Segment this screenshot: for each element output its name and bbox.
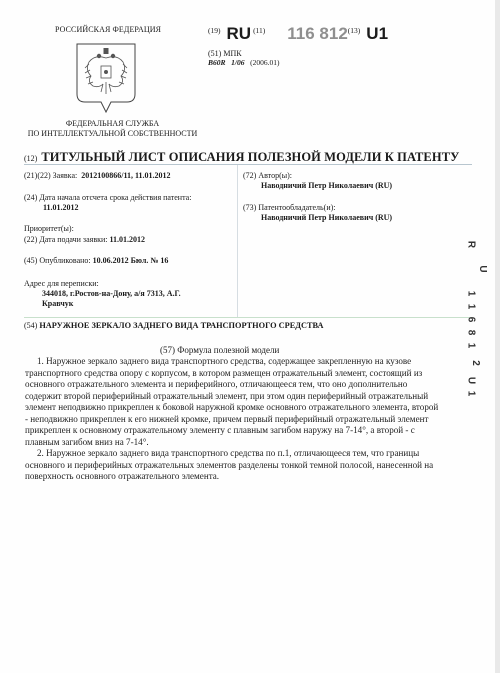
- authors-label: (72) Автор(ы):: [243, 171, 292, 180]
- agency-line-1: ФЕДЕРАЛЬНАЯ СЛУЖБА: [20, 119, 205, 129]
- country-code: RU: [227, 24, 252, 43]
- side-char: U: [465, 375, 478, 387]
- column-divider: [237, 165, 238, 317]
- address-line-1: 344018, г.Ростов-на-Дону, а/я 7313, А.Г.: [24, 289, 181, 299]
- side-char: U: [453, 263, 489, 275]
- published-field: (45) Опубликовано: 10.06.2012 Бюл. № 16: [24, 256, 168, 266]
- title-text: ТИТУЛЬНЫЙ ЛИСТ ОПИСАНИЯ ПОЛЕЗНОЙ МОДЕЛИ …: [41, 150, 459, 164]
- side-char: 8: [465, 327, 478, 339]
- address-field: Адрес для переписки: 344018, г.Ростов-на…: [24, 279, 181, 309]
- claim-2: 2. Наружное зеркало заднего вида транспо…: [25, 448, 443, 483]
- patent-title-page: РОССИЙСКАЯ ФЕДЕРАЦИЯ ФЕДЕРАЛЬНАЯ СЛУЖБА …: [0, 0, 500, 673]
- side-char: R: [465, 239, 478, 251]
- address-label: Адрес для переписки:: [24, 279, 99, 288]
- side-char: 1: [465, 301, 478, 313]
- filing-date-label: (22) Дата подачи заявки:: [24, 235, 108, 244]
- title-code: (12): [24, 154, 37, 163]
- country-name: РОССИЙСКАЯ ФЕДЕРАЦИЯ: [48, 25, 168, 34]
- claim-1: 1. Наружное зеркало заднего вида транспо…: [25, 356, 443, 448]
- agency-name: ФЕДЕРАЛЬНАЯ СЛУЖБА ПО ИНТЕЛЛЕКТУАЛЬНОЙ С…: [20, 119, 205, 139]
- address-line-2: Кравчук: [24, 299, 181, 309]
- application-field: (21)(22) Заявка: 2012100866/11, 11.01.20…: [24, 171, 171, 181]
- code-19: (19): [208, 26, 221, 35]
- mpk-version: (2006.01): [250, 58, 279, 67]
- mpk-class: B60R: [208, 58, 226, 67]
- published-value: 10.06.2012 Бюл. № 16: [93, 256, 169, 265]
- agency-line-2: ПО ИНТЕЛЛЕКТУАЛЬНОЙ СОБСТВЕННОСТИ: [20, 129, 205, 139]
- vertical-patent-number: R U 1 1 6 8 1 2 U 1: [465, 238, 477, 400]
- scan-edge: [495, 0, 500, 673]
- application-value: 2012100866/11, 11.01.2012: [81, 171, 170, 180]
- mpk-classification: B60R 1/06 (2006.01): [208, 58, 279, 67]
- filing-date-field: (22) Дата подачи заявки: 11.01.2012: [24, 235, 145, 245]
- filing-date-value: 11.01.2012: [110, 235, 146, 244]
- owners-value: Наводничий Петр Николаевич (RU): [243, 213, 392, 223]
- patent-number-line: (19)RU(11)116 812(13)U1: [208, 24, 388, 46]
- utility-model-title: (54) НАРУЖНОЕ ЗЕРКАЛО ЗАДНЕГО ВИДА ТРАНС…: [24, 321, 324, 330]
- term-start-value: 11.01.2012: [24, 203, 191, 213]
- owners-label: (73) Патентообладатель(и):: [243, 203, 336, 212]
- side-char: 1: [465, 388, 478, 400]
- mpk-group: 1/06: [231, 58, 244, 67]
- side-char: 1: [465, 340, 478, 352]
- term-start-field: (24) Дата начала отсчета срока действия …: [24, 193, 191, 213]
- code-13: (13): [348, 26, 361, 35]
- published-label: (45) Опубликовано:: [24, 256, 91, 265]
- authors-value: Наводничий Петр Николаевич (RU): [243, 181, 392, 191]
- kind-code: U1: [366, 24, 388, 43]
- application-label: (21)(22) Заявка:: [24, 171, 77, 180]
- title-divider: [24, 164, 472, 165]
- mpk-label: (51) МПК: [208, 49, 242, 58]
- patent-number: 116 812: [287, 24, 348, 43]
- side-char: 2: [460, 357, 482, 369]
- section-54-title: НАРУЖНОЕ ЗЕРКАЛО ЗАДНЕГО ВИДА ТРАНСПОРТН…: [39, 321, 323, 330]
- term-start-label: (24) Дата начала отсчета срока действия …: [24, 193, 191, 202]
- fields-bottom-divider: [24, 317, 472, 318]
- authors-field: (72) Автор(ы): Наводничий Петр Николаеви…: [243, 171, 392, 191]
- priority-label: Приоритет(ы):: [24, 224, 74, 234]
- owners-field: (73) Патентообладатель(и): Наводничий Пе…: [243, 203, 392, 223]
- side-char: 6: [465, 314, 478, 326]
- claims-body: 1. Наружное зеркало заднего вида транспо…: [25, 356, 443, 483]
- section-54-code: (54): [24, 321, 37, 330]
- claims-heading: (57) Формула полезной модели: [160, 345, 279, 355]
- side-char: 1: [465, 288, 478, 300]
- russian-coat-of-arms-icon: [75, 42, 137, 114]
- code-11: (11): [253, 26, 265, 35]
